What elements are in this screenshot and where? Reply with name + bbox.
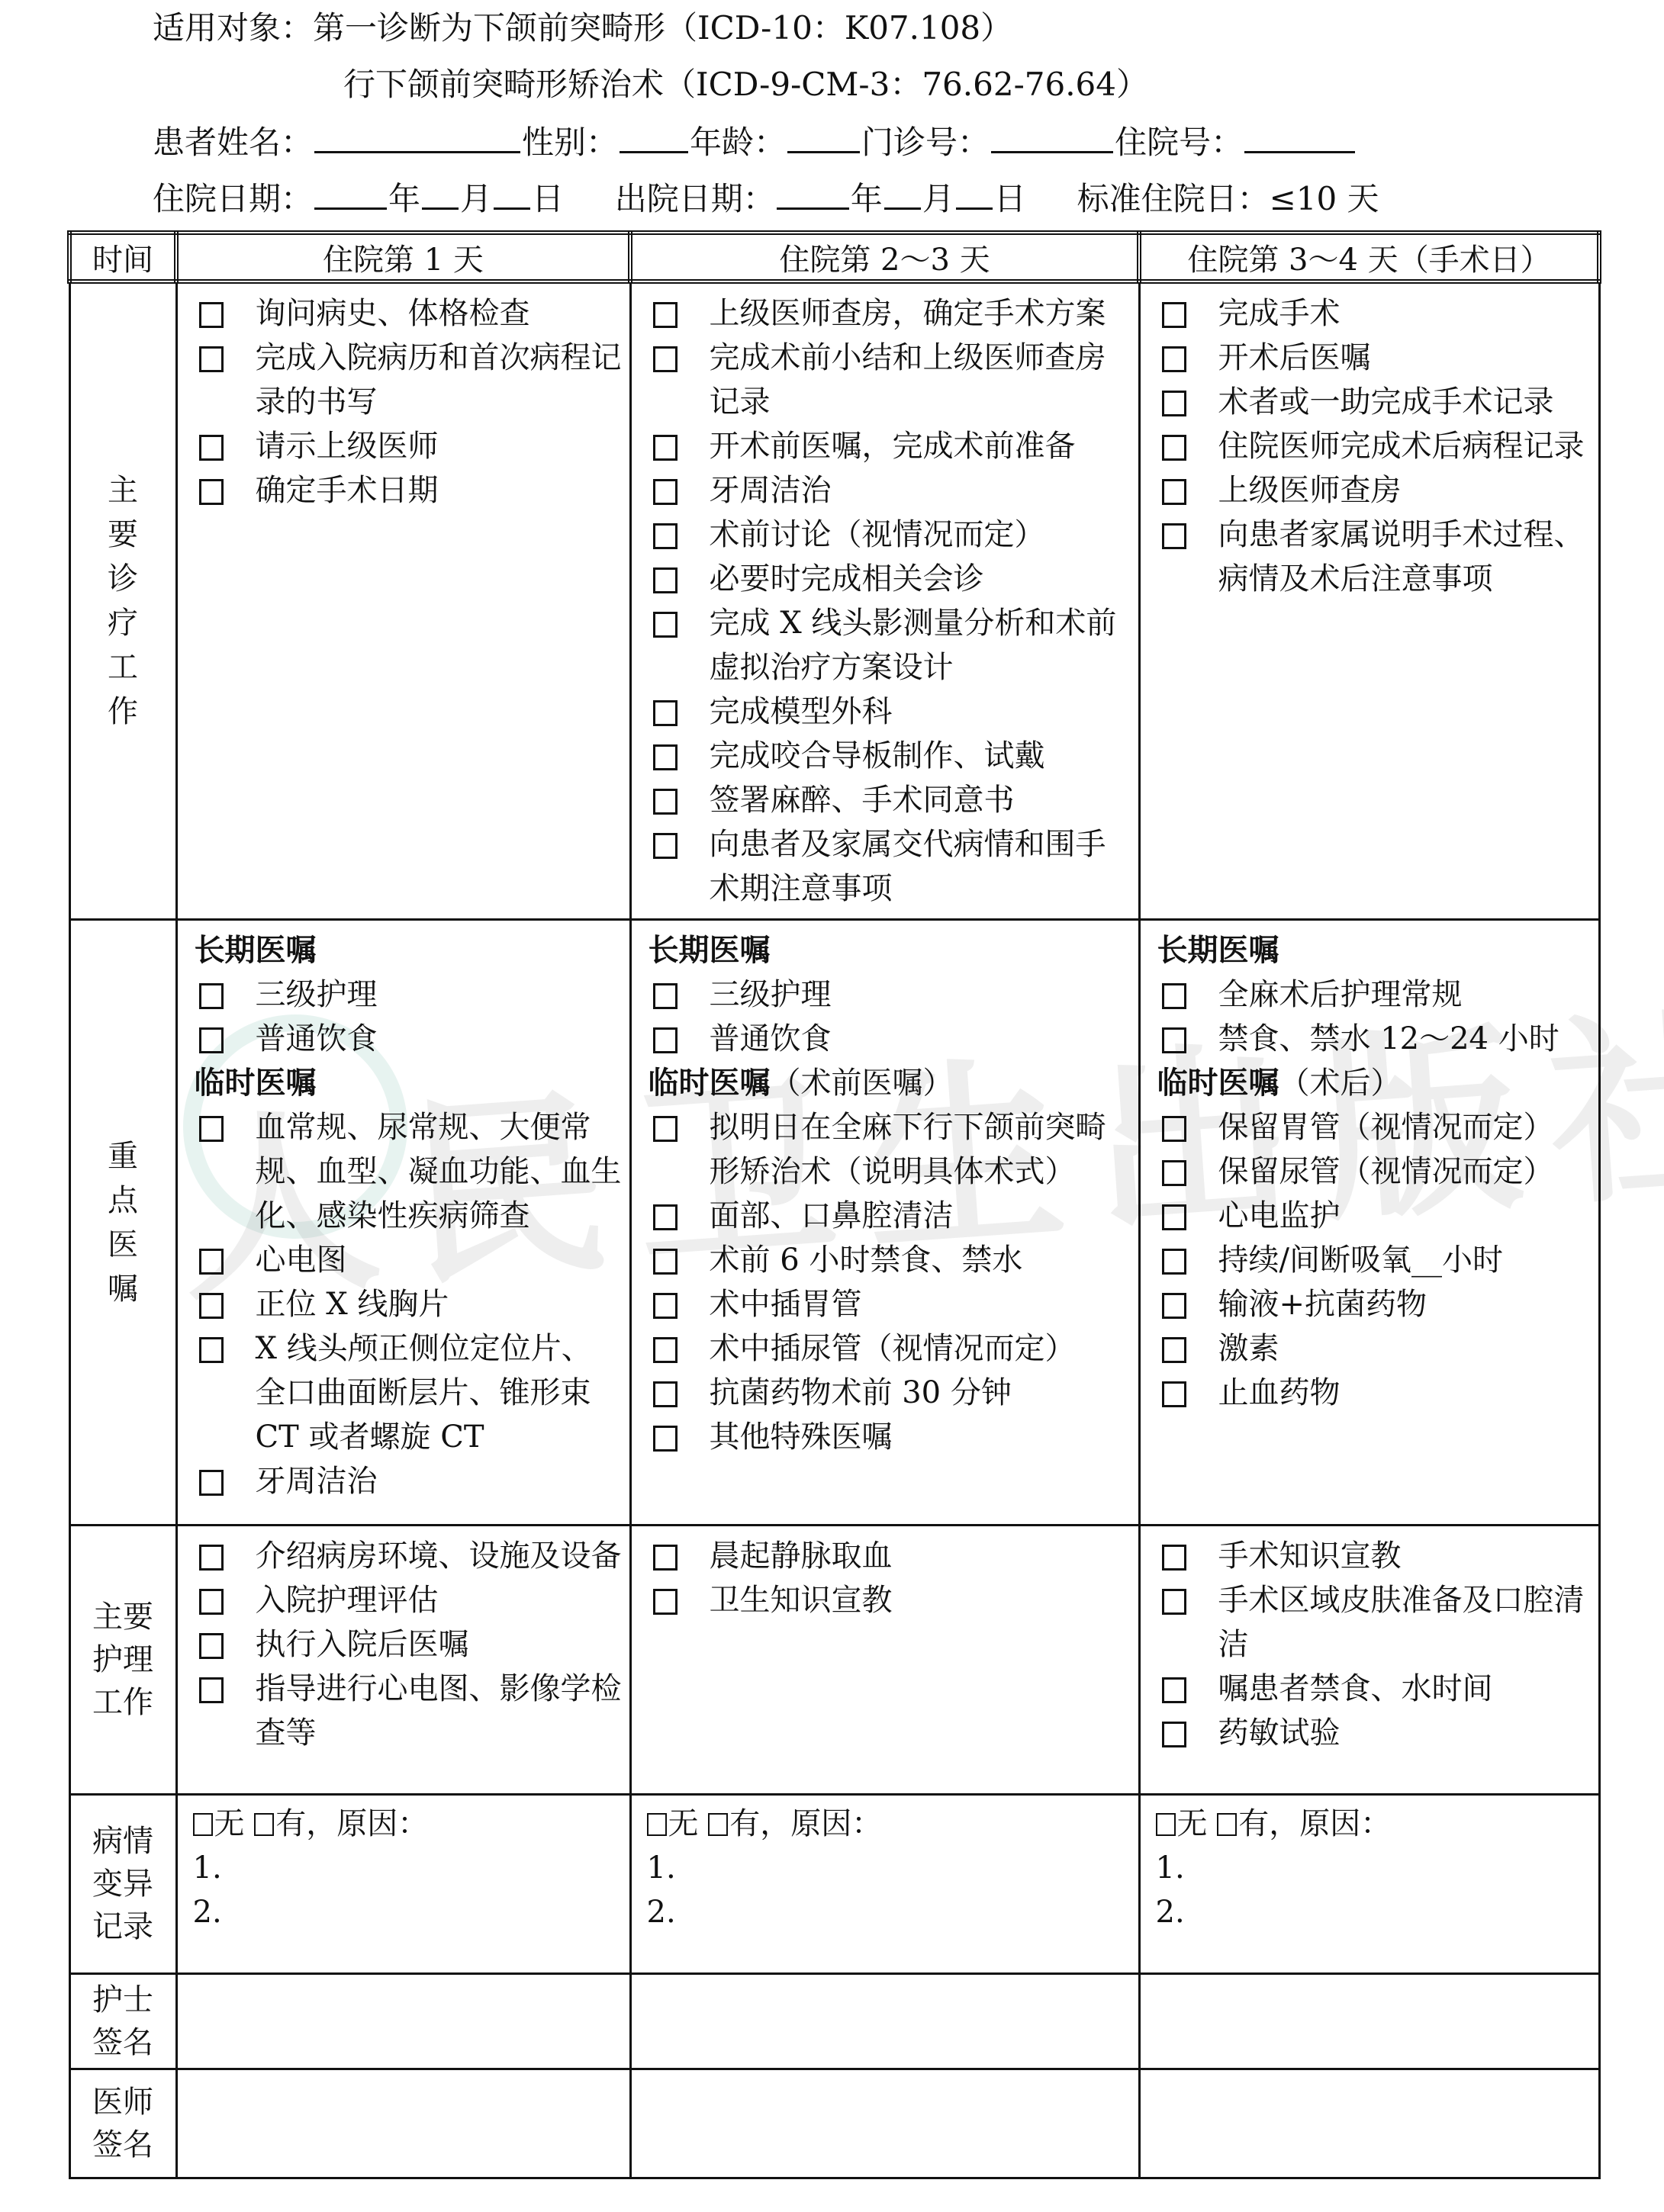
row-doctor-signature: 医师签名 xyxy=(69,2069,1599,2178)
checkbox[interactable] xyxy=(653,983,678,1009)
checklist-item: 正位 X 线胸片 xyxy=(195,1282,622,1326)
discharge-day-field[interactable] xyxy=(956,177,993,210)
cell-day1: 询问病史、体格检查完成入院病历和首次病程记录的书写请示上级医师确定手术日期 xyxy=(176,281,630,920)
year-label: 年 xyxy=(851,180,883,217)
inpatient-no-field[interactable] xyxy=(1244,121,1355,153)
checklist-item-label: 三级护理 xyxy=(256,973,622,1017)
checkbox[interactable] xyxy=(199,983,224,1009)
checklist-item-label: 术者或一助完成手术记录 xyxy=(1218,380,1591,424)
checkbox[interactable] xyxy=(653,1589,678,1615)
checkbox[interactable] xyxy=(1162,1293,1186,1319)
checklist-item-label: 拟明日在全麻下行下颌前突畸形矫治术（说明具体术式） xyxy=(710,1105,1131,1194)
age-field[interactable] xyxy=(787,121,860,153)
checklist-item: X 线头颅正侧位定位片、全口曲面断层片、锥形束 CT 或者螺旋 CT xyxy=(195,1326,622,1459)
col-header-day3-4: 住院第 3～4 天（手术日） xyxy=(1139,233,1599,281)
order-section-title: 临时医嘱（术前医嘱） xyxy=(649,1061,1131,1105)
checkbox[interactable] xyxy=(199,1633,224,1659)
section-title-text: 临时医嘱 xyxy=(649,1065,771,1101)
checkbox[interactable] xyxy=(1162,479,1186,505)
procedure-line: 行下颌前突畸形矫治术（ICD-9-CM-3：76.62-76.64） xyxy=(343,63,1148,107)
checklist-item: 输液+抗菌药物 xyxy=(1157,1282,1591,1326)
checklist-item-label: 必要时完成相关会诊 xyxy=(710,557,1131,601)
checklist-item: 药敏试验 xyxy=(1157,1711,1591,1755)
row-label: 病情变异记录 xyxy=(69,1795,176,1974)
section-title-text: 长期医嘱 xyxy=(1157,932,1279,968)
nurse-signature-day3-4[interactable] xyxy=(1139,1974,1599,2069)
clinical-pathway-table: 时间 住院第 1 天 住院第 2～3 天 住院第 3～4 天（手术日） 主要诊疗… xyxy=(67,230,1601,2179)
checklist-item-label: 牙周洁治 xyxy=(256,1459,622,1503)
checkbox[interactable] xyxy=(653,302,678,328)
checkbox[interactable] xyxy=(1162,1381,1186,1407)
section-title-text: 长期医嘱 xyxy=(649,932,771,968)
row-label-text: 护士签名 xyxy=(91,1979,155,2064)
outpatient-no-field[interactable] xyxy=(991,121,1113,153)
checkbox[interactable] xyxy=(1162,1677,1186,1703)
procedure-text: 行下颌前突畸形矫治术（ICD-9-CM-3：76.62-76.64） xyxy=(343,66,1148,103)
section-title-text: 临时医嘱 xyxy=(1157,1065,1279,1101)
checkbox[interactable] xyxy=(653,1337,678,1363)
checklist-item-label: 完成手术 xyxy=(1218,291,1591,336)
checklist-item: 完成术前小结和上级医师查房记录 xyxy=(649,336,1131,424)
row-variation-record: 病情变异记录 无 有，原因： 1. 2. 无 有，原因： 1. 2. 无 有，原… xyxy=(69,1795,1599,1974)
checkbox[interactable] xyxy=(1162,1160,1186,1186)
row-nursing-work: 主要护理工作 介绍病房环境、设施及设备入院护理评估执行入院后医嘱指导进行心电图、… xyxy=(69,1526,1599,1795)
checklist-item-label: 完成咬合导板制作、试戴 xyxy=(710,734,1131,778)
checklist-item-label: 普通饮食 xyxy=(710,1017,1131,1061)
outpatient-no-label: 门诊号： xyxy=(861,124,990,161)
checklist-item-label: 开术前医嘱，完成术前准备 xyxy=(710,424,1131,468)
checklist-item: 上级医师查房 xyxy=(1157,468,1591,513)
checkbox[interactable] xyxy=(653,1204,678,1230)
patient-name-label: 患者姓名： xyxy=(153,124,313,161)
checkbox[interactable] xyxy=(653,523,678,549)
checkbox[interactable] xyxy=(199,302,224,328)
checklist-item-label: 手术知识宣教 xyxy=(1218,1534,1591,1578)
checklist-item-label: 牙周洁治 xyxy=(710,468,1131,513)
dates-line: 住院日期：年月日 出院日期：年月日 标准住院日：≤10 天 xyxy=(153,177,1379,221)
checklist-item: 手术知识宣教 xyxy=(1157,1534,1591,1578)
checklist-item: 止血药物 xyxy=(1157,1371,1591,1415)
checklist-item: 三级护理 xyxy=(195,973,622,1017)
checklist-item-label: 向患者家属说明手术过程、病情及术后注意事项 xyxy=(1218,513,1591,601)
checklist-item: 保留尿管（视情况而定） xyxy=(1157,1149,1591,1194)
cell-day1: 无 有，原因： 1. 2. xyxy=(176,1795,630,1974)
checkbox[interactable] xyxy=(653,1116,678,1142)
cell-day3-4: 无 有，原因： 1. 2. xyxy=(1139,1795,1599,1974)
checkbox[interactable] xyxy=(653,1027,678,1053)
month-label: 月 xyxy=(922,180,954,217)
checklist-item: 上级医师查房，确定手术方案 xyxy=(649,291,1131,336)
checkbox[interactable] xyxy=(1162,1204,1186,1230)
checklist-item-label: 心电监护 xyxy=(1218,1194,1591,1238)
checklist-item-label: 询问病史、体格检查 xyxy=(256,291,622,336)
checklist-item: 开术后医嘱 xyxy=(1157,336,1591,380)
checklist-item-label: 请示上级医师 xyxy=(256,424,622,468)
day-label: 日 xyxy=(994,180,1026,217)
checklist-item-label: 术中插胃管 xyxy=(710,1282,1131,1326)
checklist-item: 完成入院病历和首次病程记录的书写 xyxy=(195,336,622,424)
order-section-title: 长期医嘱 xyxy=(649,928,1131,973)
checklist-item-label: 止血药物 xyxy=(1218,1371,1591,1415)
patient-info-line: 患者姓名：性别：年龄：门诊号：住院号： xyxy=(153,121,1357,165)
checkbox[interactable] xyxy=(653,700,678,726)
cell-day1: 长期医嘱三级护理普通饮食临时医嘱血常规、尿常规、大便常规、血型、凝血功能、血生化… xyxy=(176,920,630,1526)
order-section-title: 临时医嘱（术后） xyxy=(1157,1061,1591,1105)
cell-day1: 介绍病房环境、设施及设备入院护理评估执行入院后医嘱指导进行心电图、影像学检查等 xyxy=(176,1526,630,1795)
checkbox[interactable] xyxy=(1162,346,1186,372)
checklist-item-label: 面部、口鼻腔清洁 xyxy=(710,1194,1131,1238)
checklist-item: 签署麻醉、手术同意书 xyxy=(649,778,1131,822)
checkbox[interactable] xyxy=(199,1249,224,1275)
checklist-item: 住院医师完成术后病程记录 xyxy=(1157,424,1591,468)
checklist-item: 持续/间断吸氧__小时 xyxy=(1157,1238,1591,1282)
checkbox[interactable] xyxy=(1162,523,1186,549)
checklist-item: 入院护理评估 xyxy=(195,1578,622,1622)
cell-day2-3: 长期医嘱三级护理普通饮食临时医嘱（术前医嘱）拟明日在全麻下行下颌前突畸形矫治术（… xyxy=(630,920,1139,1526)
admission-year-field[interactable] xyxy=(314,177,387,210)
variation-yes-checkbox[interactable] xyxy=(1217,1813,1237,1836)
checklist-item-label: X 线头颅正侧位定位片、全口曲面断层片、锥形束 CT 或者螺旋 CT xyxy=(256,1326,622,1459)
checkbox[interactable] xyxy=(199,1337,224,1363)
checklist-item: 心电图 xyxy=(195,1238,622,1282)
checklist-item: 完成咬合导板制作、试戴 xyxy=(649,734,1131,778)
variation-line-2[interactable]: 2. xyxy=(1156,1890,1591,1934)
checkbox[interactable] xyxy=(199,1589,224,1615)
checklist-item-label: 抗菌药物术前 30 分钟 xyxy=(710,1371,1131,1415)
variation-line-1[interactable]: 1. xyxy=(647,1846,1131,1890)
nurse-signature-day1[interactable] xyxy=(176,1974,630,2069)
checklist-item-label: 三级护理 xyxy=(710,973,1131,1017)
checkbox[interactable] xyxy=(199,1027,224,1053)
checklist-item: 完成 X 线头影测量分析和术前虚拟治疗方案设计 xyxy=(649,601,1131,690)
gender-label: 性别： xyxy=(522,124,618,161)
row-key-orders: 重点医嘱 长期医嘱三级护理普通饮食临时医嘱血常规、尿常规、大便常规、血型、凝血功… xyxy=(69,920,1599,1526)
row-label-text: 主要诊疗工作 xyxy=(108,468,138,734)
checkbox[interactable] xyxy=(1162,1027,1186,1053)
variation-none-label: 无 xyxy=(668,1806,699,1841)
section-note: （术后） xyxy=(1279,1066,1402,1101)
checklist-item-label: 术前讨论（视情况而定） xyxy=(710,513,1131,557)
section-title-text: 临时医嘱 xyxy=(195,1065,317,1101)
variation-yes-checkbox[interactable] xyxy=(708,1813,728,1836)
col-header-day2-3: 住院第 2～3 天 xyxy=(630,233,1139,281)
variation-line-2[interactable]: 2. xyxy=(193,1890,622,1934)
checkbox[interactable] xyxy=(1162,983,1186,1009)
row-label: 重点医嘱 xyxy=(69,920,176,1526)
variation-none-checkbox[interactable] xyxy=(1156,1813,1176,1836)
section-title-text: 长期医嘱 xyxy=(195,932,317,968)
checkbox[interactable] xyxy=(653,435,678,461)
order-section-title: 长期医嘱 xyxy=(1157,928,1591,973)
variation-none-checkbox[interactable] xyxy=(193,1813,213,1836)
row-label: 医师签名 xyxy=(69,2069,176,2178)
variation-line-1[interactable]: 1. xyxy=(193,1846,622,1890)
variation-yes-label: 有，原因： xyxy=(1238,1806,1391,1841)
cell-day2-3: 无 有，原因： 1. 2. xyxy=(630,1795,1139,1974)
variation-line-1[interactable]: 1. xyxy=(1156,1846,1591,1890)
checklist-item: 术者或一助完成手术记录 xyxy=(1157,380,1591,424)
checklist-item: 术中插尿管（视情况而定） xyxy=(649,1326,1131,1371)
row-label-text: 病情变异记录 xyxy=(91,1820,155,1948)
checklist-item-label: 血常规、尿常规、大便常规、血型、凝血功能、血生化、感染性疾病筛查 xyxy=(256,1105,622,1238)
checkbox[interactable] xyxy=(653,1426,678,1452)
checklist-item-label: 术前 6 小时禁食、禁水 xyxy=(710,1238,1131,1282)
col-header-day1: 住院第 1 天 xyxy=(176,233,630,281)
checkbox[interactable] xyxy=(199,1293,224,1319)
checkbox[interactable] xyxy=(653,789,678,815)
checklist-item-label: 输液+抗菌药物 xyxy=(1218,1282,1591,1326)
checklist-item-label: 介绍病房环境、设施及设备 xyxy=(256,1534,622,1578)
checkbox[interactable] xyxy=(653,833,678,859)
checklist-item: 卫生知识宣教 xyxy=(649,1578,1131,1622)
checklist-item: 术前讨论（视情况而定） xyxy=(649,513,1131,557)
col-header-time: 时间 xyxy=(69,233,176,281)
checkbox[interactable] xyxy=(199,479,224,505)
checkbox[interactable] xyxy=(199,346,224,372)
age-label: 年龄： xyxy=(690,124,786,161)
doctor-signature-day3-4[interactable] xyxy=(1139,2069,1599,2178)
checkbox[interactable] xyxy=(1162,1722,1186,1747)
checklist-item-label: 完成 X 线头影测量分析和术前虚拟治疗方案设计 xyxy=(710,601,1131,690)
row-label-text: 医师签名 xyxy=(91,2081,155,2166)
variation-yes-label: 有，原因： xyxy=(275,1806,428,1841)
checklist-item-label: 入院护理评估 xyxy=(256,1578,622,1622)
checklist-item-label: 激素 xyxy=(1218,1326,1591,1371)
checklist-item: 术前 6 小时禁食、禁水 xyxy=(649,1238,1131,1282)
discharge-month-field[interactable] xyxy=(884,177,921,210)
variation-none-checkbox[interactable] xyxy=(647,1813,667,1836)
checkbox[interactable] xyxy=(1162,1589,1186,1615)
checklist-item: 面部、口鼻腔清洁 xyxy=(649,1194,1131,1238)
row-label: 护士签名 xyxy=(69,1974,176,2069)
checkbox[interactable] xyxy=(1162,1249,1186,1275)
checklist-item-label: 卫生知识宣教 xyxy=(710,1578,1131,1622)
applicable-subject: 适用对象：第一诊断为下颌前突畸形（ICD-10：K07.108） xyxy=(153,9,1012,47)
checklist-item: 保留胃管（视情况而定） xyxy=(1157,1105,1591,1149)
cell-day3-4: 长期医嘱全麻术后护理常规禁食、禁水 12～24 小时临时医嘱（术后）保留胃管（视… xyxy=(1139,920,1599,1526)
checklist-item-label: 住院医师完成术后病程记录 xyxy=(1218,424,1591,468)
checklist-item-label: 完成模型外科 xyxy=(710,690,1131,734)
checkbox[interactable] xyxy=(653,1545,678,1571)
cell-day2-3: 上级医师查房，确定手术方案完成术前小结和上级医师查房记录开术前医嘱，完成术前准备… xyxy=(630,281,1139,920)
cell-day3-4: 手术知识宣教手术区域皮肤准备及口腔清洁嘱患者禁食、水时间药敏试验 xyxy=(1139,1526,1599,1795)
checklist-item-label: 向患者及家属交代病情和围手术期注意事项 xyxy=(710,822,1131,911)
nurse-signature-day2-3[interactable] xyxy=(630,1974,1139,2069)
checkbox[interactable] xyxy=(1162,391,1186,416)
order-section-title: 长期医嘱 xyxy=(195,928,622,973)
checklist-item: 完成模型外科 xyxy=(649,690,1131,734)
checklist-item: 请示上级医师 xyxy=(195,424,622,468)
admission-date-label: 住院日期： xyxy=(153,180,313,217)
checklist-item-label: 其他特殊医嘱 xyxy=(710,1415,1131,1459)
checklist-item-label: 保留胃管（视情况而定） xyxy=(1218,1105,1591,1149)
checklist-item: 确定手术日期 xyxy=(195,468,622,513)
checkbox[interactable] xyxy=(1162,1116,1186,1142)
checklist-item: 指导进行心电图、影像学检查等 xyxy=(195,1667,622,1755)
checklist-item: 禁食、禁水 12～24 小时 xyxy=(1157,1017,1591,1061)
checklist-item-label: 术中插尿管（视情况而定） xyxy=(710,1326,1131,1371)
checklist-item: 拟明日在全麻下行下颌前突畸形矫治术（说明具体术式） xyxy=(649,1105,1131,1194)
day-label: 日 xyxy=(532,180,564,217)
checkbox[interactable] xyxy=(199,1470,224,1496)
checkbox[interactable] xyxy=(653,612,678,638)
year-label: 年 xyxy=(388,180,420,217)
row-nurse-signature: 护士签名 xyxy=(69,1974,1599,2069)
cell-day3-4: 完成手术开术后医嘱术者或一助完成手术记录住院医师完成术后病程记录上级医师查房向患… xyxy=(1139,281,1599,920)
checklist-item: 心电监护 xyxy=(1157,1194,1591,1238)
checklist-item: 牙周洁治 xyxy=(195,1459,622,1503)
variation-yes-label: 有，原因： xyxy=(729,1806,882,1841)
patient-name-field[interactable] xyxy=(314,121,520,153)
admission-day-field[interactable] xyxy=(494,177,530,210)
gender-field[interactable] xyxy=(620,121,688,153)
row-label: 主要诊疗工作 xyxy=(69,281,176,920)
checklist-item: 三级护理 xyxy=(649,973,1131,1017)
variation-line-2[interactable]: 2. xyxy=(647,1890,1131,1934)
inpatient-no-label: 住院号： xyxy=(1115,124,1243,161)
checklist-item-label: 上级医师查房，确定手术方案 xyxy=(710,291,1131,336)
checklist-item-label: 普通饮食 xyxy=(256,1017,622,1061)
checklist-item: 血常规、尿常规、大便常规、血型、凝血功能、血生化、感染性疾病筛查 xyxy=(195,1105,622,1238)
checklist-item-label: 保留尿管（视情况而定） xyxy=(1218,1149,1591,1194)
checkbox[interactable] xyxy=(653,1293,678,1319)
checklist-item: 其他特殊医嘱 xyxy=(649,1415,1131,1459)
variation-none-label: 无 xyxy=(1177,1806,1208,1841)
doctor-signature-day1[interactable] xyxy=(176,2069,630,2178)
checklist-item-label: 完成术前小结和上级医师查房记录 xyxy=(710,336,1131,424)
applicable-subject-line: 适用对象：第一诊断为下颌前突畸形（ICD-10：K07.108） xyxy=(153,6,1012,50)
checklist-item: 必要时完成相关会诊 xyxy=(649,557,1131,601)
checkbox[interactable] xyxy=(1162,1337,1186,1363)
checkbox[interactable] xyxy=(653,1381,678,1407)
checklist-item-label: 开术后医嘱 xyxy=(1218,336,1591,380)
checklist-item: 激素 xyxy=(1157,1326,1591,1371)
standard-stay: 标准住院日：≤10 天 xyxy=(1077,180,1379,217)
checklist-item: 介绍病房环境、设施及设备 xyxy=(195,1534,622,1578)
row-label-text: 重点医嘱 xyxy=(108,1134,138,1311)
order-section-title: 临时医嘱 xyxy=(195,1061,622,1105)
checklist-item-label: 执行入院后医嘱 xyxy=(256,1622,622,1667)
table-header-row: 时间 住院第 1 天 住院第 2～3 天 住院第 3～4 天（手术日） xyxy=(69,233,1599,281)
variation-none-label: 无 xyxy=(214,1806,245,1841)
checklist-item: 执行入院后医嘱 xyxy=(195,1622,622,1667)
checklist-item: 向患者及家属交代病情和围手术期注意事项 xyxy=(649,822,1131,911)
row-diagnosis-work: 主要诊疗工作 询问病史、体格检查完成入院病历和首次病程记录的书写请示上级医师确定… xyxy=(69,281,1599,920)
checklist-item-label: 正位 X 线胸片 xyxy=(256,1282,622,1326)
checklist-item: 询问病史、体格检查 xyxy=(195,291,622,336)
checkbox[interactable] xyxy=(199,1545,224,1571)
cell-day2-3: 晨起静脉取血卫生知识宣教 xyxy=(630,1526,1139,1795)
checklist-item: 嘱患者禁食、水时间 xyxy=(1157,1667,1591,1711)
checklist-item: 手术区域皮肤准备及口腔清洁 xyxy=(1157,1578,1591,1667)
checklist-item: 牙周洁治 xyxy=(649,468,1131,513)
checkbox[interactable] xyxy=(1162,435,1186,461)
checklist-item-label: 签署麻醉、手术同意书 xyxy=(710,778,1131,822)
checklist-item-label: 确定手术日期 xyxy=(256,468,622,513)
variation-yes-checkbox[interactable] xyxy=(254,1813,274,1836)
checklist-item: 晨起静脉取血 xyxy=(649,1534,1131,1578)
checkbox[interactable] xyxy=(1162,302,1186,328)
checklist-item-label: 手术区域皮肤准备及口腔清洁 xyxy=(1218,1578,1591,1667)
checklist-item: 完成手术 xyxy=(1157,291,1591,336)
checklist-item: 术中插胃管 xyxy=(649,1282,1131,1326)
discharge-year-field[interactable] xyxy=(777,177,849,210)
checklist-item-label: 全麻术后护理常规 xyxy=(1218,973,1591,1017)
checklist-item-label: 指导进行心电图、影像学检查等 xyxy=(256,1667,622,1755)
checkbox[interactable] xyxy=(199,1677,224,1703)
checkbox[interactable] xyxy=(653,1249,678,1275)
checkbox[interactable] xyxy=(199,435,224,461)
checklist-item-label: 持续/间断吸氧__小时 xyxy=(1218,1238,1591,1282)
doctor-signature-day2-3[interactable] xyxy=(630,2069,1139,2178)
checklist-item: 普通饮食 xyxy=(649,1017,1131,1061)
checklist-item-label: 上级医师查房 xyxy=(1218,468,1591,513)
checkbox[interactable] xyxy=(1162,1545,1186,1571)
admission-month-field[interactable] xyxy=(422,177,459,210)
checkbox[interactable] xyxy=(653,346,678,372)
checklist-item-label: 禁食、禁水 12～24 小时 xyxy=(1218,1017,1591,1061)
checklist-item-label: 药敏试验 xyxy=(1218,1711,1591,1755)
discharge-date-label: 出院日期： xyxy=(615,180,775,217)
row-label: 主要护理工作 xyxy=(69,1526,176,1795)
section-note: （术前医嘱） xyxy=(771,1066,954,1101)
checklist-item: 全麻术后护理常规 xyxy=(1157,973,1591,1017)
checklist-item: 普通饮食 xyxy=(195,1017,622,1061)
checklist-item: 抗菌药物术前 30 分钟 xyxy=(649,1371,1131,1415)
checkbox[interactable] xyxy=(653,479,678,505)
checkbox[interactable] xyxy=(199,1116,224,1142)
checkbox[interactable] xyxy=(653,744,678,770)
checklist-item: 向患者家属说明手术过程、病情及术后注意事项 xyxy=(1157,513,1591,601)
row-label-text: 主要护理工作 xyxy=(91,1596,155,1724)
checklist-item: 开术前医嘱，完成术前准备 xyxy=(649,424,1131,468)
checklist-item-label: 嘱患者禁食、水时间 xyxy=(1218,1667,1591,1711)
month-label: 月 xyxy=(460,180,492,217)
checkbox[interactable] xyxy=(653,567,678,593)
checklist-item-label: 完成入院病历和首次病程记录的书写 xyxy=(256,336,622,424)
checklist-item-label: 晨起静脉取血 xyxy=(710,1534,1131,1578)
checklist-item-label: 心电图 xyxy=(256,1238,622,1282)
